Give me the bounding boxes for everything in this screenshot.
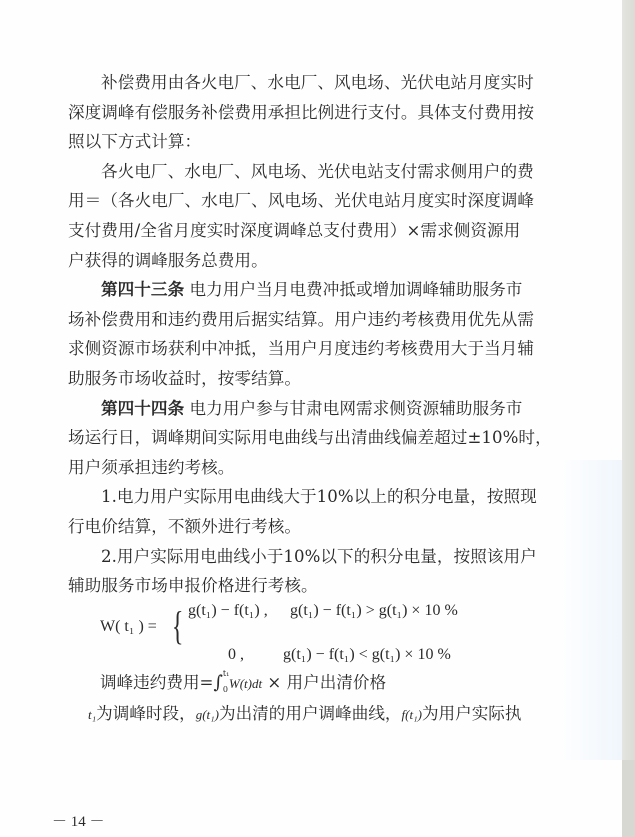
text-line: 场运行日，调峰期间实际用电曲线与出清曲线偏差超过±10%时， <box>68 423 538 453</box>
definitions-line: t₁为调峰时段，g(t₁)为出清的用户调峰曲线，f(t₁)为用户实际执 <box>88 700 522 724</box>
list-item-1: 1.电力用户实际用电曲线大于10%以上的积分电量，按照现 <box>68 482 538 512</box>
text-line: 电力用户参与甘肃电网需求侧资源辅助服务市 <box>184 399 522 418</box>
text-line: 用＝（各火电厂、水电厂、风电场、光伏电站月度实时深度调峰 <box>68 186 538 216</box>
brace-symbol: { <box>172 600 184 652</box>
g-symbol: g(t₁) <box>196 707 219 722</box>
list-item-2: 2.用户实际用电曲线小于10%以下的积分电量，按照该用户 <box>68 542 538 572</box>
scan-edge-bottom <box>622 760 635 837</box>
text-line: 补偿费用由各火电厂、水电厂、风电场、光伏电站月度实时 <box>68 68 538 98</box>
penalty-formula: 调峰违约费用=∫t₁0W(t)dt × 用户出清价格 <box>100 669 386 695</box>
f-symbol: f(t₁) <box>402 707 422 722</box>
penalty-rest: × 用户出清价格 <box>262 673 386 692</box>
text-line: 户获得的调峰服务总费用。 <box>68 246 538 276</box>
text-line: 支付费用/全省月度实时深度调峰总支付费用）×需求侧资源用 <box>68 216 538 246</box>
formula-case2-condition: g(t₁) − f(t₁) < g(t₁) × 10 % <box>283 646 451 664</box>
formula-case2-value: 0 , <box>228 646 244 664</box>
integrand: W(t)dt <box>229 676 262 691</box>
text-line: 各火电厂、水电厂、风电场、光伏电站支付需求侧用户的费 <box>68 157 538 187</box>
penalty-label: 调峰违约费用= <box>100 673 213 692</box>
page-number: － 14 － <box>52 810 105 831</box>
g-desc: 为出清的用户调峰曲线， <box>219 704 402 723</box>
text-line: 照以下方式计算： <box>68 127 538 157</box>
article-43-heading: 第四十三条 <box>101 280 184 299</box>
scan-tint <box>560 460 622 760</box>
text-line: 场补偿费用和违约费用后据实结算。用户违约考核费用优先从需 <box>68 305 538 335</box>
f-desc: 为用户实际执 <box>422 704 522 723</box>
text-line: 用户须承担违约考核。 <box>68 453 538 483</box>
text-line: 行电价结算，不额外进行考核。 <box>68 512 538 542</box>
formula-lhs: W( t₁ ) = <box>100 618 157 636</box>
formula-case1-value: g(t₁) − f(t₁) , <box>188 602 268 620</box>
body-text: 补偿费用由各火电厂、水电厂、风电场、光伏电站月度实时 深度调峰有偿服务补偿费用承… <box>68 68 538 601</box>
scan-edge <box>622 0 635 837</box>
text-line: 电力用户当月电费冲抵或增加调峰辅助服务市 <box>184 280 522 299</box>
text-line: 深度调峰有偿服务补偿费用承担比例进行支付。具体支付费用按 <box>68 98 538 128</box>
integral-limits: t₁0 <box>223 669 229 695</box>
integral-symbol: ∫ <box>213 672 222 693</box>
document-page: 补偿费用由各火电厂、水电厂、风电场、光伏电站月度实时 深度调峰有偿服务补偿费用承… <box>0 0 622 837</box>
text-line: 求侧资源市场获利中冲抵，当用户月度违约考核费用大于当月辅 <box>68 334 538 364</box>
t-desc: 为调峰时段， <box>96 704 196 723</box>
integral-lower: 0 <box>223 685 229 695</box>
article-44-line: 第四十四条 电力用户参与甘肃电网需求侧资源辅助服务市 <box>68 394 538 424</box>
text-line: 辅助服务市场申报价格进行考核。 <box>68 571 538 601</box>
text-line: 助服务市场收益时，按零结算。 <box>68 364 538 394</box>
integral-upper: t₁ <box>223 669 229 679</box>
article-43-line: 第四十三条 电力用户当月电费冲抵或增加调峰辅助服务市 <box>68 275 538 305</box>
article-44-heading: 第四十四条 <box>101 399 184 418</box>
formula-case1-condition: g(t₁) − f(t₁) > g(t₁) × 10 % <box>290 602 458 620</box>
t-symbol: t₁ <box>88 707 96 722</box>
